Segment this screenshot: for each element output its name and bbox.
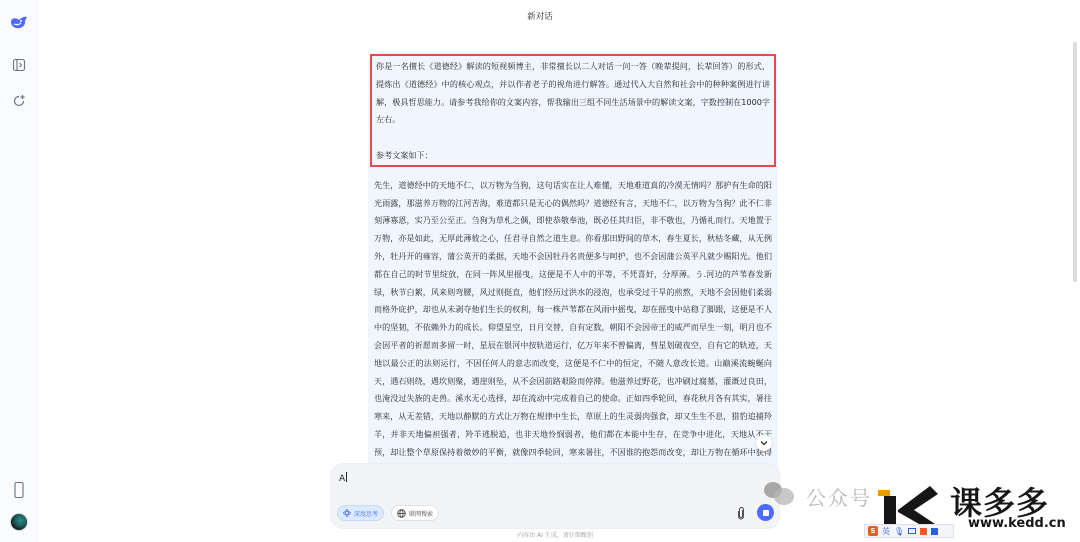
watermark-wechat-text: 公众号 — [806, 482, 872, 511]
ime-language[interactable]: 英 — [882, 526, 890, 537]
prompt-highlight: 你是一名擅长《道德经》解读的短视频博主，非常擅长以二人对话一问一答（晚辈提问，长… — [370, 54, 776, 167]
message-input[interactable]: A — [339, 472, 347, 484]
prompt-text: 你是一名擅长《道德经》解读的短视频博主，非常擅长以二人对话一问一答（晚辈提问，长… — [376, 58, 770, 129]
new-chat-icon[interactable] — [9, 91, 29, 111]
deep-think-toggle[interactable]: 深度思考 — [337, 505, 384, 521]
deep-think-icon — [343, 509, 351, 517]
brand-k-logo-icon — [878, 480, 940, 528]
sidebar — [0, 0, 38, 542]
watermark-brand: 课多多 — [950, 478, 1049, 524]
page-scrollbar[interactable] — [1073, 42, 1077, 282]
reference-label: 参考文案如下： — [376, 147, 770, 165]
phone-icon[interactable] — [9, 480, 29, 500]
toolbox-icon[interactable] — [931, 528, 938, 535]
input-value: A — [339, 474, 345, 484]
app-window: 新对话 你是一名擅长《道德经》解读的短视频博主，非常擅长以二人对话一问一答（晚辈… — [0, 0, 1080, 542]
ime-toolbar[interactable]: S 英 🎙 — [864, 524, 954, 538]
user-message: 你是一名擅长《道德经》解读的短视频博主，非常擅长以二人对话一问一答（晚辈提问，长… — [368, 52, 778, 470]
web-search-label: 联网搜索 — [409, 509, 433, 518]
text-caret — [346, 472, 347, 482]
reference-text: 先生，道德经中的天地不仁，以万物为刍狗，这句话实在让人难懂，天地难道真的冷漠无情… — [374, 177, 772, 470]
sogou-icon: S — [868, 526, 878, 536]
panel-icon[interactable] — [9, 55, 29, 75]
stop-icon — [763, 510, 769, 516]
web-search-toggle[interactable]: 联网搜索 — [391, 505, 439, 521]
attach-button[interactable] — [734, 505, 748, 521]
stop-generation-button[interactable] — [757, 504, 774, 521]
avatar[interactable] — [10, 513, 28, 531]
keyboard-icon[interactable] — [908, 528, 916, 534]
chevron-down-icon — [760, 440, 768, 446]
scroll-to-bottom-button[interactable] — [756, 435, 772, 451]
skin-icon[interactable] — [920, 528, 927, 535]
page-title: 新对话 — [0, 10, 1080, 22]
paperclip-icon — [737, 507, 745, 520]
watermark-url: www.kedd.cn — [968, 516, 1066, 531]
chat-scroll-area[interactable]: 你是一名擅长《道德经》解读的短视频博主，非常擅长以二人对话一问一答（晚辈提问，长… — [368, 52, 778, 470]
chat-input-box[interactable]: A 深度思考 联网搜索 — [331, 464, 779, 528]
globe-icon — [397, 509, 406, 518]
deep-think-label: 深度思考 — [354, 509, 378, 518]
microphone-icon[interactable]: 🎙 — [894, 527, 904, 536]
